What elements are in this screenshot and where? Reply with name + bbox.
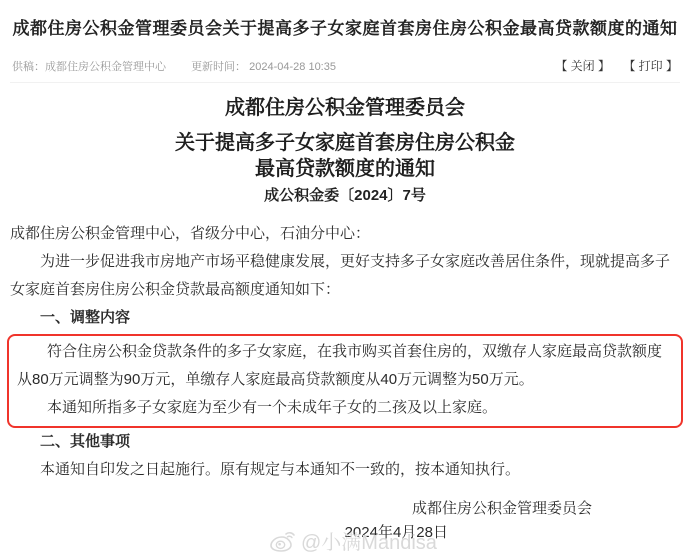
header-divider <box>10 82 680 83</box>
doc-subtitle: 关于提高多子女家庭首套房住房公积金 最高贷款额度的通知 <box>0 130 690 182</box>
meta-actions: 【 关闭 】 【 打印 】 <box>545 57 678 74</box>
intro-paragraph: 为进一步促进我市房地产市场平稳健康发展，更好支持多子女家庭改善居住条件，现就提高… <box>10 248 680 304</box>
source-label: 供稿：成都住房公积金管理中心 <box>12 61 166 73</box>
signature-date: 2024年4月28日 <box>10 522 680 544</box>
doc-org-title: 成都住房公积金管理委员会 <box>0 95 690 122</box>
doc-subtitle-line2: 最高贷款额度的通知 <box>0 156 690 182</box>
updated-label: 更新时间： <box>191 61 246 73</box>
meta-info: 供稿：成都住房公积金管理中心 更新时间： 2024-04-28 10:35 <box>12 58 336 74</box>
page-title: 成都住房公积金管理委员会关于提高多子女家庭首套房住房公积金最高贷款额度的通知 <box>0 0 690 39</box>
updated-value: 2024-04-28 10:35 <box>249 61 336 73</box>
doc-body: 成都住房公积金管理中心，省级分中心，石油分中心： 为进一步促进我市房地产市场平稳… <box>0 220 690 544</box>
notice-page: 成都住房公积金管理委员会关于提高多子女家庭首套房住房公积金最高贷款额度的通知 供… <box>0 0 690 554</box>
doc-number: 成公积金委〔2024〕7号 <box>0 185 690 206</box>
signature: 成都住房公积金管理委员会 <box>10 498 680 520</box>
meta-bar: 供稿：成都住房公积金管理中心 更新时间： 2024-04-28 10:35 【 … <box>0 57 690 74</box>
close-button[interactable]: 【 关闭 】 <box>555 59 610 73</box>
highlight-box: 符合住房公积金贷款条件的多子女家庭，在我市购买首套住房的，双缴存人家庭最高贷款额… <box>7 334 683 428</box>
section2-paragraph: 本通知自印发之日起施行。原有规定与本通知不一致的，按本通知执行。 <box>10 456 680 484</box>
doc-subtitle-line1: 关于提高多子女家庭首套房住房公积金 <box>0 130 690 156</box>
highlight-paragraph-2: 本通知所指多子女家庭为至少有一个未成年子女的二孩及以上家庭。 <box>17 394 673 422</box>
section1-heading: 一、调整内容 <box>10 304 680 332</box>
highlight-paragraph-1: 符合住房公积金贷款条件的多子女家庭，在我市购买首套住房的，双缴存人家庭最高贷款额… <box>17 338 673 394</box>
section2-heading: 二、其他事项 <box>10 428 680 456</box>
print-button[interactable]: 【 打印 】 <box>623 59 678 73</box>
salutation: 成都住房公积金管理中心，省级分中心，石油分中心： <box>10 220 680 248</box>
